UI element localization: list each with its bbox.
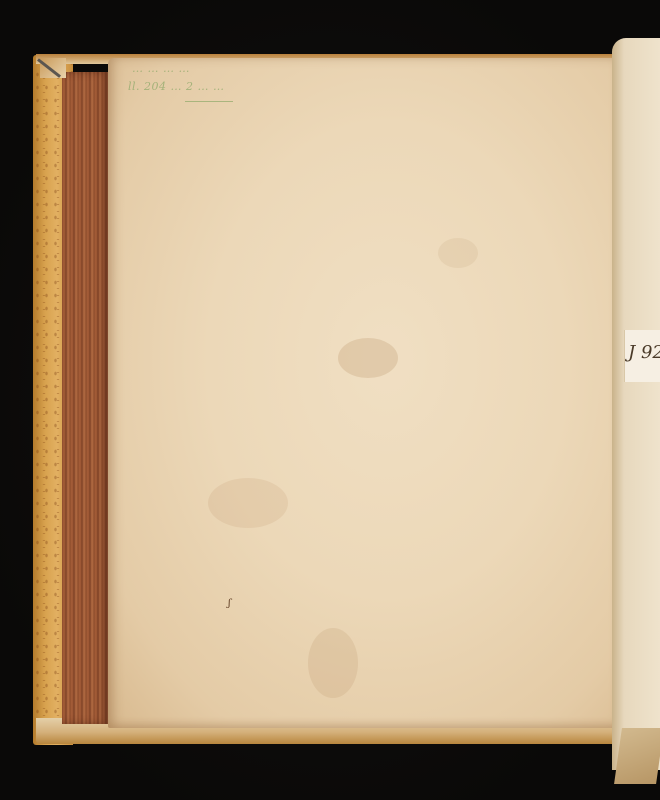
page-block-fore-edge: [62, 72, 110, 724]
pencil-note-line-2: ll. 204 … 2 … …: [128, 80, 225, 93]
foxing-stain: [338, 338, 398, 378]
foxing-stain: [208, 478, 288, 528]
cover-corner: [40, 58, 66, 78]
foxing-stain: [438, 238, 478, 268]
facing-leaf: [612, 38, 660, 770]
pencil-note-line-1: … … … …: [132, 62, 190, 75]
pencil-underline: [185, 101, 233, 102]
shelf-mark-text: J 92: [628, 342, 660, 363]
small-ink-mark: ʃ: [228, 598, 231, 609]
facing-leaf-corner: [614, 728, 660, 784]
foxing-stain: [308, 628, 358, 698]
flyleaf-page: [108, 58, 616, 728]
